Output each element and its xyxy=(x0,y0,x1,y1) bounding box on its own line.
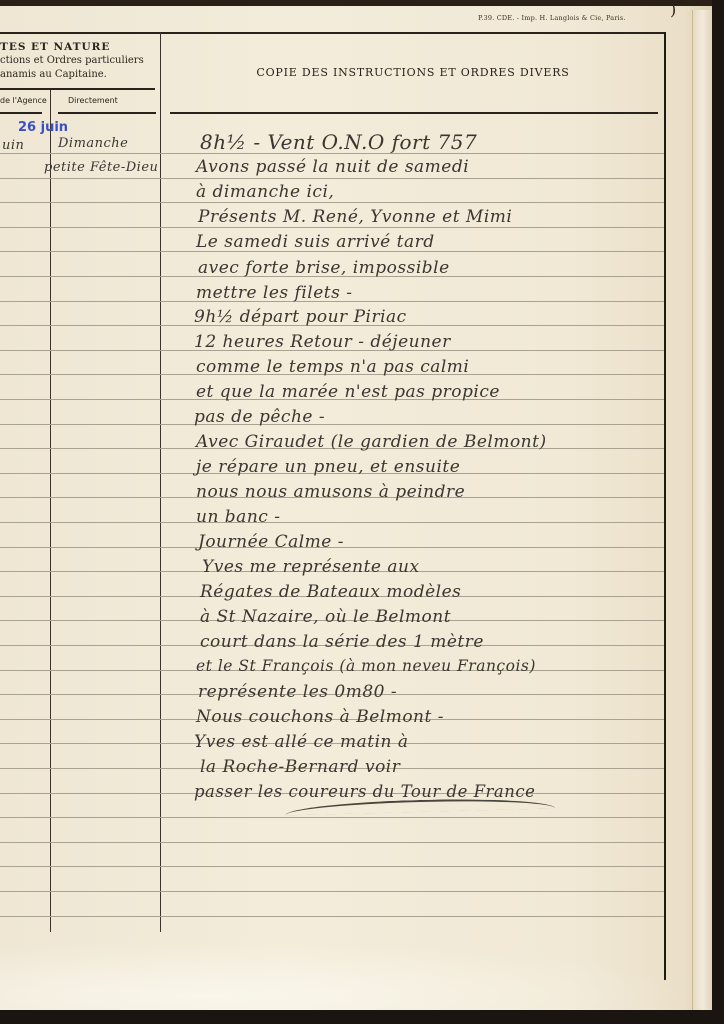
subheader-agence: de l'Agence xyxy=(0,96,47,105)
page-title: COPIE DES INSTRUCTIONS ET ORDRES DIVERS xyxy=(168,66,658,79)
entry-line: à dimanche ici, xyxy=(196,182,334,202)
left-header-title: TES ET NATURE xyxy=(0,40,158,54)
ruled-line xyxy=(0,202,664,203)
corner-mark: ) xyxy=(670,0,676,19)
ruled-line xyxy=(0,842,664,843)
entry-line: comme le temps n'a pas calmi xyxy=(196,357,469,377)
entry-line: Journée Calme - xyxy=(198,532,344,552)
entry-line: pas de pêche - xyxy=(194,407,325,427)
entry-line: et que la marée n'est pas propice xyxy=(196,382,500,402)
entry-line: Avons passé la nuit de samedi xyxy=(196,157,469,177)
ruled-line xyxy=(0,178,664,179)
ruled-line xyxy=(0,522,664,523)
ruled-line xyxy=(0,227,664,228)
ruled-line xyxy=(0,916,664,917)
printer-imprint: P.39. CDE. - Imp. H. Langlois & Cie, Par… xyxy=(478,14,626,22)
entry-line: à St Nazaire, où le Belmont xyxy=(200,607,451,627)
entry-line: et le St François (à mon neveu François) xyxy=(196,657,536,675)
paper-stain xyxy=(0,940,700,1010)
date-annotation: 26 juin xyxy=(18,120,68,135)
column-divider-agence xyxy=(50,88,51,932)
ruled-line xyxy=(0,817,664,818)
entry-line: court dans la série des 1 mètre xyxy=(200,632,484,652)
ruled-line xyxy=(0,424,664,425)
entry-line: mettre les filets - xyxy=(196,283,353,303)
ruled-line xyxy=(0,866,664,867)
entry-line: représente les 0m80 - xyxy=(198,682,397,702)
day-label: Dimanche xyxy=(58,136,128,151)
entry-line: avec forte brise, impossible xyxy=(198,258,450,278)
feast-label: petite Fête-Dieu xyxy=(44,160,158,175)
ledger-page: ) P.39. CDE. - Imp. H. Langlois & Cie, P… xyxy=(0,0,712,1010)
entry-line: 9h½ départ pour Piriac xyxy=(194,307,407,327)
entry-line: 12 heures Retour - déjeuner xyxy=(194,332,451,352)
entry-line: un banc - xyxy=(196,507,280,527)
entry-line: je répare un pneu, et ensuite xyxy=(196,457,460,477)
agence-fragment: uin xyxy=(2,138,24,153)
entry-line: Présents M. René, Yvonne et Mimi xyxy=(198,207,512,227)
left-header-line2: ctions et Ordres particuliers xyxy=(0,54,158,68)
entry-line: passer les coureurs du Tour de France xyxy=(194,782,535,801)
right-border xyxy=(664,32,666,980)
entry-line: 8h½ - Vent O.N.O fort 757 xyxy=(200,130,477,154)
entry-line: nous nous amusons à peindre xyxy=(196,482,465,502)
left-column-header: TES ET NATURE ctions et Ordres particuli… xyxy=(0,40,158,82)
left-header-rule xyxy=(0,88,155,90)
entry-line: Nous couchons à Belmont - xyxy=(196,707,444,727)
subheader-directement: Directement xyxy=(68,96,118,105)
page-edge xyxy=(692,10,712,1010)
page-top-shadow xyxy=(0,0,712,6)
entry-line: Le samedi suis arrivé tard xyxy=(196,232,435,252)
top-border xyxy=(0,32,666,34)
entry-line: Avec Giraudet (le gardien de Belmont) xyxy=(196,432,547,452)
entry-line: Yves me représente aux xyxy=(202,557,420,577)
ruled-line xyxy=(0,891,664,892)
entry-line: la Roche-Bernard voir xyxy=(200,757,400,777)
entry-line: Yves est allé ce matin à xyxy=(194,732,409,752)
subheader-rule-agence xyxy=(0,112,42,114)
main-header-rule xyxy=(170,112,658,114)
column-divider-main xyxy=(160,32,161,932)
subheader-rule-directement xyxy=(58,112,156,114)
entry-line: Régates de Bateaux modèles xyxy=(200,582,461,602)
left-header-line3: anamis au Capitaine. xyxy=(0,68,158,82)
